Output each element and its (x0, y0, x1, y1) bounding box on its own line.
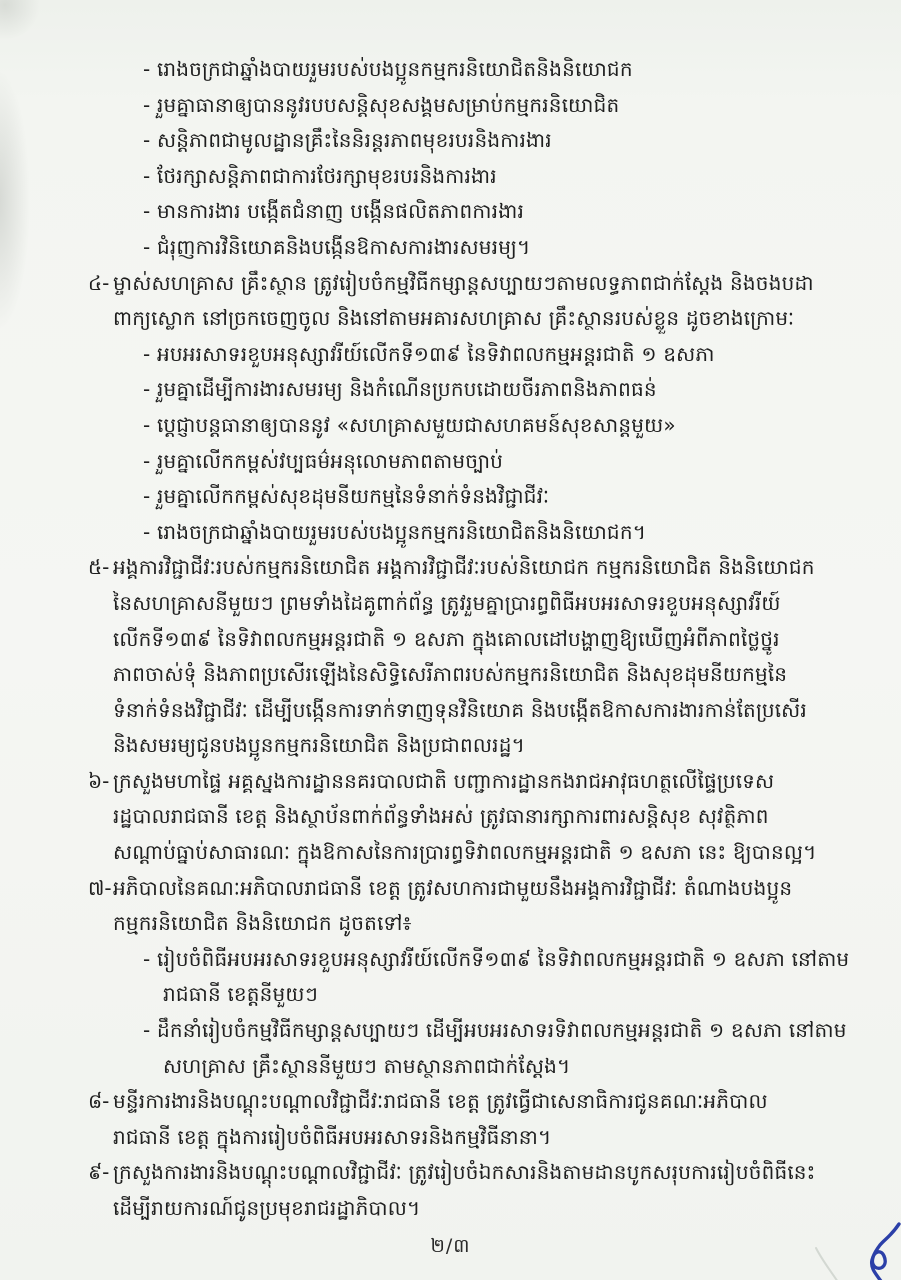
line-text: ដើម្បីរាយការណ៍ជូនប្រមុខរាជរដ្ឋាភិបាល។ (113, 1196, 420, 1220)
line-text: ក្រសួងការងារនិងបណ្តុះបណ្តាលវិជ្ជាជីវៈ ត្… (113, 1160, 815, 1184)
text-line: សណ្តាប់ធ្នាប់សាធារណៈ ក្នុងឱកាសនៃការប្រារ… (0, 835, 901, 871)
line-text: - ដឹកនាំរៀបចំកម្មវិធីកម្សាន្តសប្បាយៗ ដើម… (143, 1018, 847, 1042)
line-text: - រួមគ្នាលើកកម្ពស់វប្បធម៌អនុលោមភាពតាមច្ប… (143, 449, 503, 473)
text-line: ពាក្យស្លោក នៅច្រកចេញចូល និងនៅតាមអគារសហគ្… (0, 301, 901, 337)
line-text: - រោងចក្រជាឆ្នាំងបាយរួមរបស់បងប្អូនកម្មករ… (143, 520, 646, 544)
item-number: ៦- (88, 764, 113, 800)
text-line: - រោងចក្រជាឆ្នាំងបាយរួមរបស់បងប្អូនកម្មករ… (0, 52, 901, 88)
line-text: - ជំរុញការវិនិយោគនិងបង្កើនឱកាសការងារសមរម… (143, 235, 530, 259)
text-line: - អបអរសាទរខួបអនុស្សាវរីយ៍លើកទី១៣៩ នៃទិវា… (0, 337, 901, 373)
text-line: - មានការងារ បង្កើតជំនាញ បង្កើនផលិតភាពការ… (0, 194, 901, 230)
item-number: ៨- (88, 1084, 113, 1120)
line-text: - សន្តិភាពជាមូលដ្ឋានគ្រឹះនៃនិរន្តរភាពមុខ… (143, 128, 552, 152)
line-text: រដ្ឋបាលរាជធានី ខេត្ត និងស្ថាប័នពាក់ព័ន្ធ… (113, 804, 769, 828)
line-text: ក្រសួងមហាផ្ទៃ អគ្គស្នងការដ្ឋាននគរបាលជាតិ… (113, 769, 774, 793)
line-text: - រួមគ្នាធានាឲ្យបាននូវរបបសន្តិសុខសង្គមសម… (143, 93, 619, 117)
numbered-item-line: ៤-ម្ចាស់សហគ្រាស គ្រឹះស្ថាន ត្រូវរៀបចំកម្… (0, 266, 901, 302)
line-text: លើកទី១៣៩ នៃទិវាពលកម្មអន្តរជាតិ ១ ឧសភា ក្… (113, 627, 780, 651)
line-text: ពាក្យស្លោក នៅច្រកចេញចូល និងនៅតាមអគារសហគ្… (113, 306, 794, 330)
line-text: - ប្តេជ្ញាបន្តធានាឲ្យបាននូវ «សហគ្រាសមួយជ… (143, 413, 676, 437)
numbered-item-line: ៦-ក្រសួងមហាផ្ទៃ អគ្គស្នងការដ្ឋាននគរបាលជា… (0, 764, 901, 800)
text-line: កម្មករនិយោជិត និងនិយោជក ដូចតទៅ៖ (0, 906, 901, 942)
item-number: ៥- (88, 550, 113, 586)
text-line: រាជធានី ខេត្តនីមួយៗ (0, 977, 901, 1013)
line-text: សហគ្រាស គ្រឹះស្ថាននីមួយៗ តាមស្ថានភាពជាក់… (163, 1054, 570, 1078)
line-text: កម្មករនិយោជិត និងនិយោជក ដូចតទៅ៖ (113, 911, 412, 935)
line-text: អភិបាលនៃគណៈអភិបាលរាជធានី ខេត្ត ត្រូវសហកា… (113, 876, 792, 900)
item-number: ៤- (88, 266, 113, 302)
text-line: និងសមរម្យជូនបងប្អូនកម្មករនិយោជិត និងប្រជ… (0, 728, 901, 764)
text-line: រាជធានី ខេត្ត ក្នុងការរៀបចំពិធីអបអរសាទរន… (0, 1120, 901, 1156)
numbered-item-line: ៧-អភិបាលនៃគណៈអភិបាលរាជធានី ខេត្ត ត្រូវសហ… (0, 871, 901, 907)
text-line: - ប្តេជ្ញាបន្តធានាឲ្យបាននូវ «សហគ្រាសមួយជ… (0, 408, 901, 444)
text-line: សហគ្រាស គ្រឹះស្ថាននីមួយៗ តាមស្ថានភាពជាក់… (0, 1049, 901, 1085)
scanned-document-page: - រោងចក្រជាឆ្នាំងបាយរួមរបស់បងប្អូនកម្មករ… (0, 0, 901, 1280)
line-text: រាជធានី ខេត្តនីមួយៗ (163, 982, 318, 1006)
line-text: - រួមគ្នាដើម្បីការងារសមរម្យ និងកំណើនប្រក… (143, 377, 657, 401)
text-line: ដើម្បីរាយការណ៍ជូនប្រមុខរាជរដ្ឋាភិបាល។ (0, 1191, 901, 1227)
line-text: មន្ទីរការងារនិងបណ្តុះបណ្តាលវិជ្ជាជីវៈរាជ… (113, 1089, 768, 1113)
numbered-item-line: ៩-ក្រសួងការងារនិងបណ្តុះបណ្តាលវិជ្ជាជីវៈ … (0, 1155, 901, 1191)
text-line: - រួមគ្នាលើកកម្ពស់វប្បធម៌អនុលោមភាពតាមច្ប… (0, 444, 901, 480)
text-line: - រោងចក្រជាឆ្នាំងបាយរួមរបស់បងប្អូនកម្មករ… (0, 515, 901, 551)
line-text: សណ្តាប់ធ្នាប់សាធារណៈ ក្នុងឱកាសនៃការប្រារ… (113, 840, 817, 864)
item-number: ៧- (88, 871, 113, 907)
text-line: - រួមគ្នាដើម្បីការងារសមរម្យ និងកំណើនប្រក… (0, 372, 901, 408)
numbered-item-line: ៨-មន្ទីរការងារនិងបណ្តុះបណ្តាលវិជ្ជាជីវៈរ… (0, 1084, 901, 1120)
text-line: - ជំរុញការវិនិយោគនិងបង្កើនឱកាសការងារសមរម… (0, 230, 901, 266)
line-text: - អបអរសាទរខួបអនុស្សាវរីយ៍លើកទី១៣៩ នៃទិវា… (143, 342, 715, 366)
text-line: - រៀបចំពិធីអបអរសាទរខួបអនុស្សាវរីយ៍លើកទី១… (0, 942, 901, 978)
text-line: ទំនាក់ទំនងវិជ្ជាជីវៈ ដើម្បីបង្កើនការទាក់… (0, 693, 901, 729)
line-text: - រៀបចំពិធីអបអរសាទរខួបអនុស្សាវរីយ៍លើកទី១… (143, 947, 849, 971)
line-text: ម្ចាស់សហគ្រាស គ្រឹះស្ថាន ត្រូវរៀបចំកម្មវ… (113, 271, 814, 295)
line-text: - រោងចក្រជាឆ្នាំងបាយរួមរបស់បងប្អូនកម្មករ… (143, 57, 633, 81)
line-text: និងសមរម្យជូនបងប្អូនកម្មករនិយោជិត និងប្រជ… (113, 733, 525, 757)
text-line: - រួមគ្នាលើកកម្ពស់សុខដុមនីយកម្មនៃទំនាក់ទ… (0, 479, 901, 515)
line-text: - រួមគ្នាលើកកម្ពស់សុខដុមនីយកម្មនៃទំនាក់ទ… (143, 484, 549, 508)
line-text: នៃសហគ្រាសនីមួយៗ ព្រមទាំងដៃគូពាក់ព័ន្ធ ត្… (113, 591, 781, 615)
text-line: - ថែរក្សាសន្តិភាពជាការថែរក្សាមុខរបរនិងកា… (0, 159, 901, 195)
text-line: ភាពចាស់ទុំ និងភាពប្រសើរឡើងនៃសិទ្ធិសេរីភា… (0, 657, 901, 693)
line-text: - មានការងារ បង្កើតជំនាញ បង្កើនផលិតភាពការ… (143, 199, 524, 223)
line-text: ភាពចាស់ទុំ និងភាពប្រសើរឡើងនៃសិទ្ធិសេរីភា… (113, 662, 787, 686)
line-text: អង្គការវិជ្ជាជីវៈរបស់កម្មករនិយោជិត អង្គក… (113, 555, 815, 579)
text-line: - រួមគ្នាធានាឲ្យបាននូវរបបសន្តិសុខសង្គមសម… (0, 88, 901, 124)
text-line: - ដឹកនាំរៀបចំកម្មវិធីកម្សាន្តសប្បាយៗ ដើម… (0, 1013, 901, 1049)
text-line: រដ្ឋបាលរាជធានី ខេត្ត និងស្ថាប័នពាក់ព័ន្ធ… (0, 799, 901, 835)
scan-shadow-top-left (0, 0, 40, 40)
line-text: រាជធានី ខេត្ត ក្នុងការរៀបចំពិធីអបអរសាទរន… (113, 1125, 551, 1149)
item-number: ៩- (88, 1155, 113, 1191)
text-line: នៃសហគ្រាសនីមួយៗ ព្រមទាំងដៃគូពាក់ព័ន្ធ ត្… (0, 586, 901, 622)
line-text: ទំនាក់ទំនងវិជ្ជាជីវៈ ដើម្បីបង្កើនការទាក់… (113, 698, 807, 722)
page-number: ២/៣ (0, 1234, 901, 1262)
numbered-item-line: ៥-អង្គការវិជ្ជាជីវៈរបស់កម្មករនិយោជិត អង្… (0, 550, 901, 586)
document-body: - រោងចក្រជាឆ្នាំងបាយរួមរបស់បងប្អូនកម្មករ… (0, 52, 901, 1227)
line-text: - ថែរក្សាសន្តិភាពជាការថែរក្សាមុខរបរនិងកា… (143, 164, 497, 188)
text-line: - សន្តិភាពជាមូលដ្ឋានគ្រឹះនៃនិរន្តរភាពមុខ… (0, 123, 901, 159)
text-line: លើកទី១៣៩ នៃទិវាពលកម្មអន្តរជាតិ ១ ឧសភា ក្… (0, 622, 901, 658)
